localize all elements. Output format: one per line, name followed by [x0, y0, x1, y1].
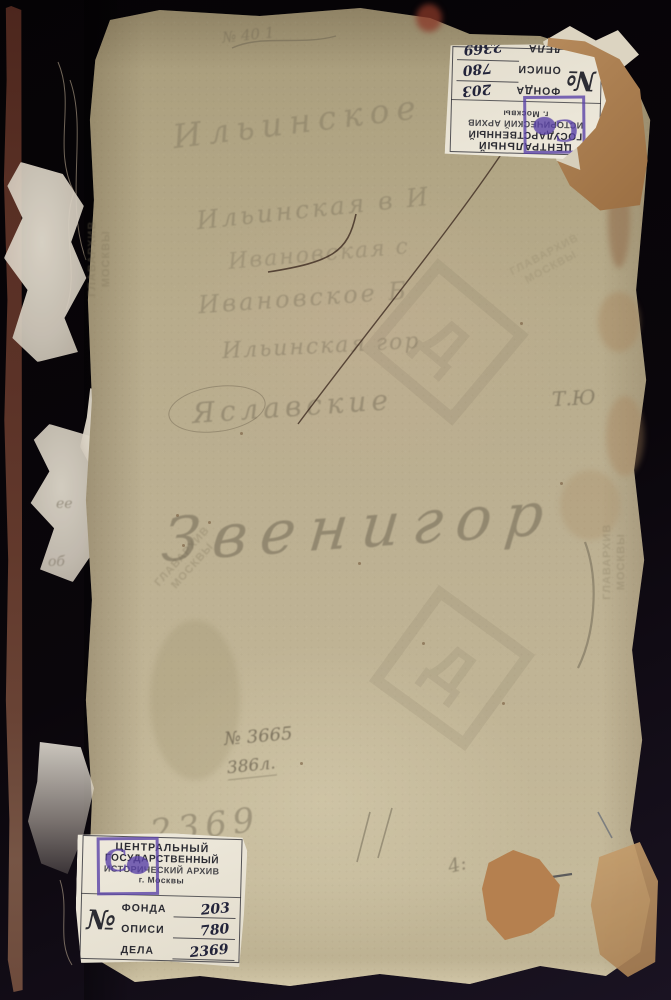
archive-stamp-label-bottom: ЦЕНТРАЛЬНЫЙ ГОСУДАРСТВЕННЫЙ ИСТОРИЧЕСКИЙ… [74, 831, 247, 967]
emblem-letter: Д [413, 628, 489, 710]
red-stain [416, 4, 442, 32]
brown-stain [598, 292, 640, 352]
control-stamp: С [97, 837, 160, 896]
field-value: 780 [462, 59, 493, 78]
photo-archival-file-cover: Д Д ГЛАВАРХИВ МОСКВЫ ГЛАВАРХИВ МОСКВЫ ГЛ… [0, 0, 671, 1000]
stamp-field-opis: ОПИСИ 780 [121, 919, 236, 943]
field-label: ОПИСИ [517, 63, 561, 76]
brown-stain [606, 396, 644, 476]
watermark-line: ГЛАВАРХИВ [601, 502, 615, 622]
pencil-initials: Т.Ю [551, 385, 596, 411]
pencil-side-mark: об [48, 554, 65, 570]
stamp-field-delo: ДЕЛА 2369 [120, 940, 235, 964]
field-label: ФОНДА [122, 902, 167, 915]
shade-stain [150, 620, 240, 780]
stamp-field-fond: ФОНДА 203 [121, 898, 236, 922]
stamp-fields: ФОНДА 203 ОПИСИ 780 ДЕЛА 2369 [120, 898, 236, 964]
stamp-field-opis: ОПИСИ 780 [457, 56, 562, 80]
control-stamp-letter: С [554, 111, 579, 149]
numero-sign: № [566, 64, 596, 96]
field-value: 203 [200, 900, 231, 919]
watermark-line: МОСКВЫ [615, 502, 629, 622]
torn-paper-patch [4, 162, 88, 362]
watermark-line: ГЛАВАРХИВ [86, 194, 100, 324]
field-label: ДЕЛА [120, 944, 154, 957]
archive-text-watermark: ГЛАВАРХИВ МОСКВЫ [86, 194, 114, 324]
archive-text-watermark: ГЛАВАРХИВ МОСКВЫ [601, 502, 629, 622]
field-value: 2369 [189, 941, 229, 961]
field-value: 780 [199, 921, 230, 940]
numero-sign: № [86, 905, 116, 937]
watermark-line: МОСКВЫ [100, 194, 114, 324]
control-stamp-blob [127, 856, 149, 874]
field-label: ОПИСИ [121, 923, 165, 936]
control-stamp-blob [533, 117, 555, 135]
pencil-side-mark: ее [56, 496, 73, 512]
field-value: 203 [462, 80, 493, 99]
control-stamp-letter: С [104, 842, 129, 880]
control-stamp: С [523, 95, 586, 154]
